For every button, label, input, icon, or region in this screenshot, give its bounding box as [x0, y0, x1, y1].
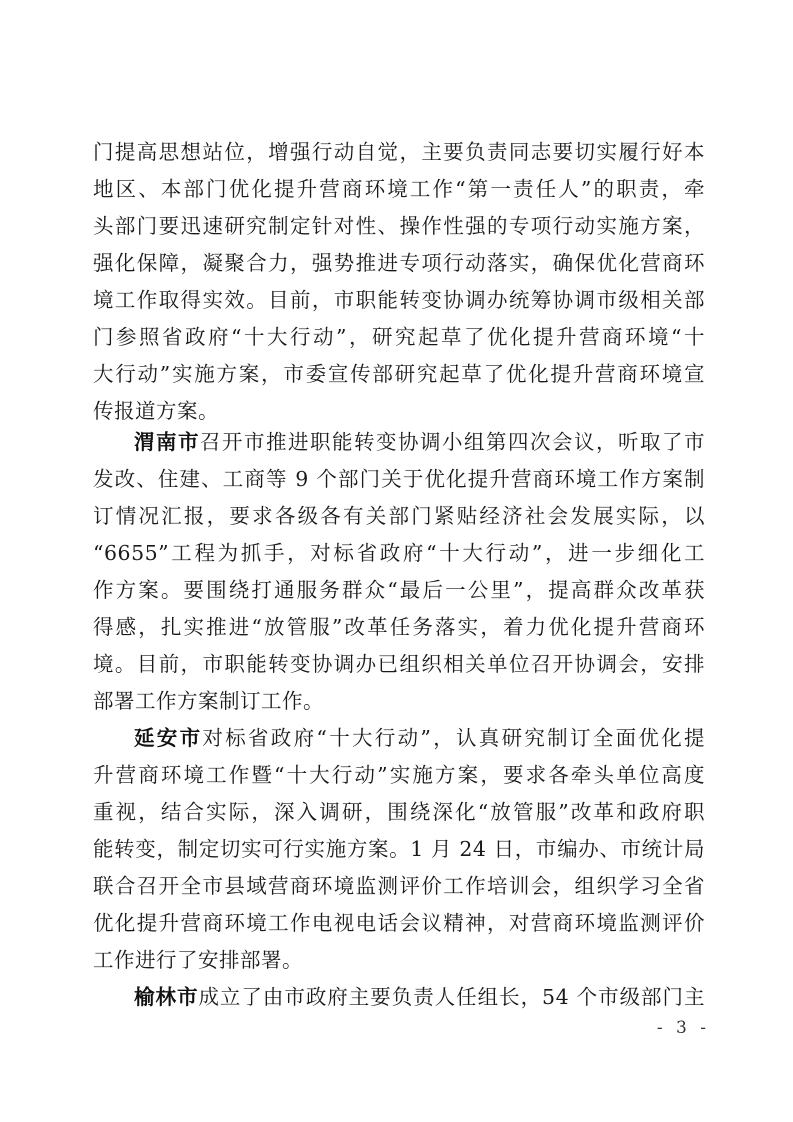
- text-line: 联合召开全市县域营商环境监测评价工作培训会，组织学习全省: [93, 871, 705, 901]
- text-line: 地区、本部门优化提升营商环境工作“第一责任人”的职责，牵: [93, 174, 705, 204]
- text-line: 门提高思想站位，增强行动自觉，主要负责同志要切实履行好本: [93, 137, 705, 167]
- text-line: 境。目前，市职能转变协调办已组织相关单位召开协调会，安排: [93, 649, 705, 679]
- text-line-first: 渭南市召开市推进职能转变协调小组第四次会议，听取了市: [134, 427, 705, 457]
- text-line-first: 榆林市成立了由市政府主要负责人任组长，54 个市级部门主: [134, 982, 705, 1012]
- text-line: 强化保障，凝聚合力，强势推进专项行动落实，确保优化营商环: [93, 248, 705, 278]
- text-line: 传报道方案。: [93, 396, 705, 426]
- text-line: 大行动”实施方案，市委宣传部研究起草了优化提升营商环境宣: [93, 359, 705, 389]
- document-page: 门提高思想站位，增强行动自觉，主要负责同志要切实履行好本 地区、本部门优化提升营…: [0, 0, 793, 1122]
- city-heading-yulin: 榆林市: [134, 985, 198, 1009]
- city-heading-yanan: 延安市: [134, 726, 202, 750]
- text-line: 订情况汇报，要求各级各有关部门紧贴经济社会发展实际，以: [93, 501, 705, 531]
- text-line: 升营商环境工作暨“十大行动”实施方案，要求各牵头单位高度: [93, 760, 705, 790]
- text-line: 作方案。要围绕打通服务群众“最后一公里”，提高群众改革获: [93, 575, 705, 605]
- text-line: 重视，结合实际，深入调研，围绕深化“放管服”改革和政府职: [93, 797, 705, 827]
- text-line: 得感，扎实推进“放管服”改革任务落实，着力优化提升营商环: [93, 612, 705, 642]
- text-line: 部署工作方案制订工作。: [93, 686, 705, 716]
- text-line: 境工作取得实效。目前，市职能转变协调办统筹协调市级相关部: [93, 285, 705, 315]
- text-line: 发改、住建、工商等 9 个部门关于优化提升营商环境工作方案制: [93, 464, 705, 494]
- text-line: 工作进行了安排部署。: [93, 945, 705, 975]
- page-number: - 3 -: [650, 1018, 710, 1038]
- text-segment: 成立了由市政府主要负责人任组长，54 个市级部门主: [198, 985, 705, 1009]
- text-segment: 召开市推进职能转变协调小组第四次会议，听取了市: [200, 430, 705, 454]
- text-line: 头部门要迅速研究制定针对性、操作性强的专项行动实施方案，: [93, 211, 705, 241]
- text-line: 能转变，制定切实可行实施方案。1 月 24 日，市编办、市统计局: [93, 834, 705, 864]
- city-heading-weinan: 渭南市: [134, 430, 200, 454]
- text-line: 优化提升营商环境工作电视电话会议精神，对营商环境监测评价: [93, 908, 705, 938]
- text-segment: 对标省政府“十大行动”，认真研究制订全面优化提: [202, 726, 705, 750]
- text-line-first: 延安市对标省政府“十大行动”，认真研究制订全面优化提: [134, 723, 705, 753]
- text-line: “6655”工程为抓手，对标省政府“十大行动”，进一步细化工: [93, 538, 705, 568]
- text-line: 门参照省政府“十大行动”，研究起草了优化提升营商环境“十: [93, 322, 705, 352]
